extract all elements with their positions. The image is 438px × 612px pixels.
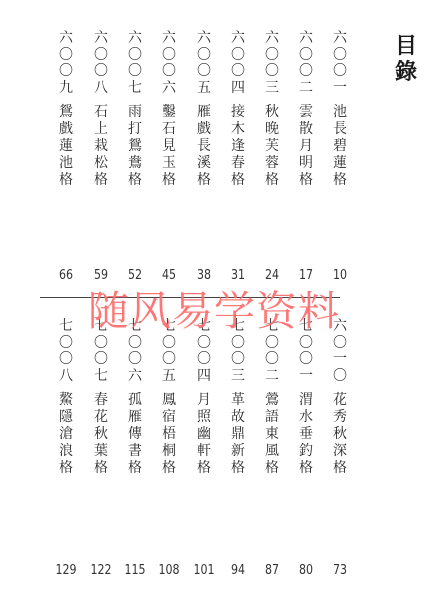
entry-title-char: 雲 bbox=[296, 104, 316, 121]
entry-number: 六〇〇四 bbox=[228, 30, 248, 96]
toc-entry: 六〇〇八石上栽松格 bbox=[91, 30, 111, 189]
entry-title: 春花秋葉格 bbox=[91, 392, 111, 477]
entry-number: 六〇〇二 bbox=[296, 30, 316, 96]
entry-title-char: 春 bbox=[91, 392, 111, 409]
entry-title: 雨打鴛鴦格 bbox=[125, 104, 145, 189]
entry-number-char: 〇 bbox=[228, 351, 248, 368]
entry-title-char: 格 bbox=[296, 172, 316, 189]
entry-title-char: 隱 bbox=[56, 409, 76, 426]
entry-number-char: 一 bbox=[330, 80, 350, 97]
entry-title-char: 釣 bbox=[296, 443, 316, 460]
entry-number-char: 〇 bbox=[56, 335, 76, 352]
entry-title-char: 芙 bbox=[262, 138, 282, 155]
entry-title-char: 格 bbox=[194, 172, 214, 189]
toc-entry: 六〇〇三秋晚芙蓉格 bbox=[262, 30, 282, 189]
entry-number-char: 〇 bbox=[228, 47, 248, 64]
entry-title-char: 深 bbox=[330, 443, 350, 460]
entry-title-char: 格 bbox=[91, 172, 111, 189]
entry-number-char: 四 bbox=[228, 80, 248, 97]
entry-number-char: 〇 bbox=[194, 63, 214, 80]
entry-number-char: 〇 bbox=[159, 63, 179, 80]
entry-title-char: 故 bbox=[228, 409, 248, 426]
entry-title-char: 孤 bbox=[125, 392, 145, 409]
page-number: 129 bbox=[55, 563, 76, 578]
entry-title-char: 鰲 bbox=[56, 392, 76, 409]
entry-title-char: 木 bbox=[228, 121, 248, 138]
entry-title-char: 秋 bbox=[262, 104, 282, 121]
toc-entry: 六〇〇一池長碧蓮格 bbox=[330, 30, 350, 189]
entry-title-char: 秋 bbox=[330, 426, 350, 443]
entry-title-char: 格 bbox=[125, 460, 145, 477]
entry-title: 花秀秋深格 bbox=[330, 392, 350, 477]
entry-number: 六〇〇三 bbox=[262, 30, 282, 96]
entry-number-char: 〇 bbox=[125, 63, 145, 80]
entry-title-char: 格 bbox=[262, 172, 282, 189]
entry-title-char: 戲 bbox=[56, 121, 76, 138]
entry-number-char: 〇 bbox=[91, 63, 111, 80]
entry-number-char: 〇 bbox=[262, 351, 282, 368]
page-number: 94 bbox=[231, 563, 245, 578]
entry-title: 鶯語東風格 bbox=[262, 392, 282, 477]
entry-title-char: 鴛 bbox=[125, 138, 145, 155]
entry-title-char: 梧 bbox=[159, 426, 179, 443]
table-of-contents-page: 目 錄 六〇〇一池長碧蓮格10六〇〇二雲散月明格17六〇〇三秋晚芙蓉格24六〇〇… bbox=[0, 0, 438, 612]
toc-entry: 六〇〇二雲散月明格 bbox=[296, 30, 316, 189]
entry-number-char: 一 bbox=[330, 351, 350, 368]
entry-number: 六〇〇八 bbox=[91, 30, 111, 96]
entry-title-char: 鼎 bbox=[228, 426, 248, 443]
entry-number-char: 一 bbox=[296, 368, 316, 385]
entry-title-char: 傳 bbox=[125, 426, 145, 443]
entry-number-char: 〇 bbox=[56, 351, 76, 368]
toc-entry: 六〇〇七雨打鴛鴦格 bbox=[125, 30, 145, 189]
entry-number: 七〇〇八 bbox=[56, 318, 76, 384]
entry-number-char: 三 bbox=[228, 368, 248, 385]
toc-entry: 七〇〇八鰲隱滄浪格 bbox=[56, 318, 76, 477]
entry-number-char: 六 bbox=[296, 30, 316, 47]
entry-title-char: 垂 bbox=[296, 426, 316, 443]
entry-number: 六〇〇六 bbox=[159, 30, 179, 96]
entry-number-char: 九 bbox=[56, 80, 76, 97]
entry-number-char: 六 bbox=[262, 30, 282, 47]
entry-title-char: 格 bbox=[330, 172, 350, 189]
entry-title: 鴛戲蓮池格 bbox=[56, 104, 76, 189]
title-char: 目 bbox=[393, 34, 419, 60]
entry-number-char: 六 bbox=[228, 30, 248, 47]
entry-title-char: 玉 bbox=[159, 155, 179, 172]
entry-title-char: 革 bbox=[228, 392, 248, 409]
entry-number: 六〇〇九 bbox=[56, 30, 76, 96]
entry-title-char: 書 bbox=[125, 443, 145, 460]
toc-entry: 七〇〇一渭水垂釣格 bbox=[296, 318, 316, 477]
entry-title-char: 戲 bbox=[194, 121, 214, 138]
entry-title: 雁戲長溪格 bbox=[194, 104, 214, 189]
page-number: 101 bbox=[193, 563, 214, 578]
entry-number-char: 六 bbox=[159, 30, 179, 47]
entry-title-char: 栽 bbox=[91, 138, 111, 155]
entry-title-char: 秀 bbox=[330, 409, 350, 426]
page-number: 73 bbox=[333, 563, 347, 578]
entry-title-char: 長 bbox=[194, 138, 214, 155]
entry-number-char: 〇 bbox=[194, 351, 214, 368]
entry-number-char: 〇 bbox=[125, 351, 145, 368]
entry-title-char: 格 bbox=[56, 460, 76, 477]
entry-title-char: 月 bbox=[194, 392, 214, 409]
toc-entry: 七〇〇七春花秋葉格 bbox=[91, 318, 111, 477]
page-number: 87 bbox=[265, 563, 279, 578]
entry-number-char: 〇 bbox=[194, 47, 214, 64]
entry-title-char: 春 bbox=[228, 155, 248, 172]
entry-number-char: 〇 bbox=[91, 351, 111, 368]
page-number: 66 bbox=[59, 268, 73, 283]
entry-title: 接木逢春格 bbox=[228, 104, 248, 189]
toc-entry: 六〇一〇花秀秋深格 bbox=[330, 318, 350, 477]
toc-entry: 七〇〇六孤雁傳書格 bbox=[125, 318, 145, 477]
entry-number-char: 六 bbox=[56, 30, 76, 47]
entry-title-char: 蓉 bbox=[262, 155, 282, 172]
toc-entry: 七〇〇五鳳宿梧桐格 bbox=[159, 318, 179, 477]
entry-title-char: 接 bbox=[228, 104, 248, 121]
entry-title-char: 雨 bbox=[125, 104, 145, 121]
entry-title-char: 散 bbox=[296, 121, 316, 138]
entry-title-char: 鑿 bbox=[159, 104, 179, 121]
entry-number-char: 七 bbox=[56, 318, 76, 335]
toc-entry: 七〇〇三革故鼎新格 bbox=[228, 318, 248, 477]
entry-number-char: 二 bbox=[262, 368, 282, 385]
entry-number: 六〇〇五 bbox=[194, 30, 214, 96]
entry-title-char: 池 bbox=[330, 104, 350, 121]
entry-number-char: 〇 bbox=[296, 63, 316, 80]
entry-title: 池長碧蓮格 bbox=[330, 104, 350, 189]
entry-title-char: 格 bbox=[125, 172, 145, 189]
entry-number: 六〇〇七 bbox=[125, 30, 145, 96]
entry-number-char: 〇 bbox=[262, 63, 282, 80]
entry-title-char: 照 bbox=[194, 409, 214, 426]
entry-number-char: 〇 bbox=[228, 63, 248, 80]
entry-title-char: 格 bbox=[228, 460, 248, 477]
toc-entry: 六〇〇四接木逢春格 bbox=[228, 30, 248, 189]
entry-number: 六〇〇一 bbox=[330, 30, 350, 96]
entry-title-char: 鳳 bbox=[159, 392, 179, 409]
entry-title-char: 逢 bbox=[228, 138, 248, 155]
page-number: 115 bbox=[124, 563, 145, 578]
entry-title: 月照幽軒格 bbox=[194, 392, 214, 477]
entry-number-char: 五 bbox=[194, 80, 214, 97]
entry-title-char: 格 bbox=[296, 460, 316, 477]
page-title: 目 錄 bbox=[393, 34, 419, 86]
entry-number-char: 七 bbox=[91, 368, 111, 385]
entry-number-char: 〇 bbox=[125, 47, 145, 64]
entry-title-char: 格 bbox=[159, 460, 179, 477]
entry-title-char: 長 bbox=[330, 121, 350, 138]
entry-number-char: 四 bbox=[194, 368, 214, 385]
entry-title-char: 風 bbox=[262, 443, 282, 460]
entry-title: 孤雁傳書格 bbox=[125, 392, 145, 477]
entry-title-char: 花 bbox=[330, 392, 350, 409]
entry-title-char: 鶯 bbox=[262, 392, 282, 409]
entry-title-char: 格 bbox=[91, 460, 111, 477]
entry-title-char: 蓮 bbox=[56, 138, 76, 155]
entry-number-char: 二 bbox=[296, 80, 316, 97]
entry-number-char: 六 bbox=[330, 30, 350, 47]
entry-number-char: 五 bbox=[159, 368, 179, 385]
entry-title: 革故鼎新格 bbox=[228, 392, 248, 477]
entry-title: 石上栽松格 bbox=[91, 104, 111, 189]
entry-number-char: 〇 bbox=[56, 47, 76, 64]
entry-title-char: 宿 bbox=[159, 409, 179, 426]
entry-title-char: 葉 bbox=[91, 443, 111, 460]
entry-number-char: 〇 bbox=[296, 47, 316, 64]
entry-title-char: 見 bbox=[159, 138, 179, 155]
entry-number-char: 八 bbox=[56, 368, 76, 385]
watermark: 随风易学资料 bbox=[88, 278, 340, 337]
toc-entry: 六〇〇五雁戲長溪格 bbox=[194, 30, 214, 189]
entry-title-char: 幽 bbox=[194, 426, 214, 443]
entry-title-char: 渭 bbox=[296, 392, 316, 409]
entry-number-char: 〇 bbox=[262, 47, 282, 64]
toc-entry: 六〇〇九鴛戲蓮池格 bbox=[56, 30, 76, 189]
entry-title-char: 雁 bbox=[125, 409, 145, 426]
entry-number-char: 〇 bbox=[330, 63, 350, 80]
entry-title-char: 雁 bbox=[194, 104, 214, 121]
entry-title-char: 石 bbox=[159, 121, 179, 138]
entry-title-char: 語 bbox=[262, 409, 282, 426]
entry-title: 鑿石見玉格 bbox=[159, 104, 179, 189]
entry-number-char: 六 bbox=[159, 80, 179, 97]
entry-title-char: 打 bbox=[125, 121, 145, 138]
entry-title-char: 松 bbox=[91, 155, 111, 172]
page-number: 80 bbox=[299, 563, 313, 578]
entry-title: 秋晚芙蓉格 bbox=[262, 104, 282, 189]
entry-title-char: 格 bbox=[194, 460, 214, 477]
toc-entry: 七〇〇二鶯語東風格 bbox=[262, 318, 282, 477]
entry-title-char: 格 bbox=[56, 172, 76, 189]
entry-title-char: 格 bbox=[262, 460, 282, 477]
entry-title-char: 石 bbox=[91, 104, 111, 121]
entry-title-char: 晚 bbox=[262, 121, 282, 138]
entry-number-char: 〇 bbox=[330, 47, 350, 64]
entry-title-char: 池 bbox=[56, 155, 76, 172]
entry-title-char: 新 bbox=[228, 443, 248, 460]
entry-number-char: 六 bbox=[125, 368, 145, 385]
entry-number-char: 〇 bbox=[296, 351, 316, 368]
entry-title: 雲散月明格 bbox=[296, 104, 316, 189]
entry-title: 鳳宿梧桐格 bbox=[159, 392, 179, 477]
entry-title-char: 鴛 bbox=[56, 104, 76, 121]
entry-number-char: 六 bbox=[194, 30, 214, 47]
entry-title-char: 浪 bbox=[56, 443, 76, 460]
entry-title-char: 碧 bbox=[330, 138, 350, 155]
entry-title: 渭水垂釣格 bbox=[296, 392, 316, 477]
entry-title-char: 鴦 bbox=[125, 155, 145, 172]
toc-entry: 六〇〇六鑿石見玉格 bbox=[159, 30, 179, 189]
entry-title-char: 溪 bbox=[194, 155, 214, 172]
entry-title-char: 蓮 bbox=[330, 155, 350, 172]
entry-title-char: 花 bbox=[91, 409, 111, 426]
entry-title-char: 月 bbox=[296, 138, 316, 155]
entry-title: 鰲隱滄浪格 bbox=[56, 392, 76, 477]
entry-number-char: 〇 bbox=[330, 368, 350, 385]
entry-title-char: 軒 bbox=[194, 443, 214, 460]
entry-number-char: 六 bbox=[91, 30, 111, 47]
entry-number-char: 〇 bbox=[56, 63, 76, 80]
entry-title-char: 桐 bbox=[159, 443, 179, 460]
page-number: 122 bbox=[90, 563, 111, 578]
entry-title-char: 滄 bbox=[56, 426, 76, 443]
entry-title-char: 明 bbox=[296, 155, 316, 172]
entry-number-char: 三 bbox=[262, 80, 282, 97]
toc-entry: 七〇〇四月照幽軒格 bbox=[194, 318, 214, 477]
entry-number-char: 六 bbox=[125, 30, 145, 47]
page-number: 108 bbox=[158, 563, 179, 578]
entry-number-char: 〇 bbox=[159, 351, 179, 368]
entry-title-char: 秋 bbox=[91, 426, 111, 443]
entry-title-char: 水 bbox=[296, 409, 316, 426]
entry-title-char: 格 bbox=[330, 460, 350, 477]
title-char: 錄 bbox=[393, 60, 419, 86]
entry-number-char: 〇 bbox=[91, 47, 111, 64]
entry-title-char: 格 bbox=[228, 172, 248, 189]
entry-title-char: 上 bbox=[91, 121, 111, 138]
entry-number-char: 七 bbox=[125, 80, 145, 97]
entry-number-char: 八 bbox=[91, 80, 111, 97]
entry-number-char: 〇 bbox=[159, 47, 179, 64]
entry-title-char: 東 bbox=[262, 426, 282, 443]
entry-title-char: 格 bbox=[159, 172, 179, 189]
